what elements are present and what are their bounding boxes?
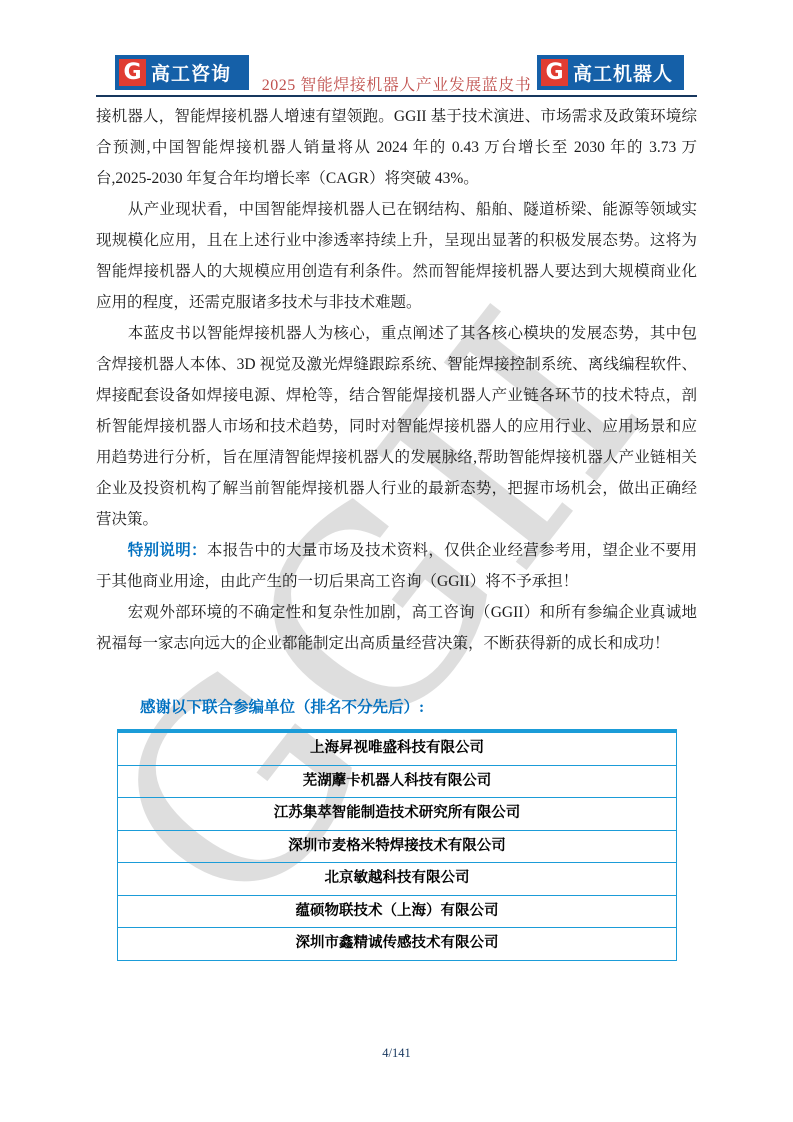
paragraph-wishes: 宏观外部环境的不确定性和复杂性加剧，高工咨询（GGII）和所有参编企业真诚地祝福… — [96, 597, 697, 659]
paragraph-continuation: 接机器人，智能焊接机器人增速有望领跑。GGII 基于技术演进、市场需求及政策环境… — [96, 101, 697, 194]
logo-g-icon: G — [541, 59, 568, 86]
paragraph-bluebook-scope: 本蓝皮书以智能焊接机器人为核心，重点阐述了其各核心模块的发展态势，其中包含焊接机… — [96, 318, 697, 535]
paragraph-special-note: 特别说明：本报告中的大量市场及技术资料，仅供企业经营参考用，望企业不要用于其他商… — [96, 535, 697, 597]
paragraph-industry-status: 从产业现状看，中国智能焊接机器人已在钢结构、船舶、隧道桥梁、能源等领域实现规模化… — [96, 194, 697, 318]
table-row: 深圳市麦格米特焊接技术有限公司 — [118, 831, 676, 864]
header-divider — [96, 95, 697, 97]
table-row: 深圳市鑫精诚传感技术有限公司 — [118, 928, 676, 960]
table-row: 北京敏越科技有限公司 — [118, 863, 676, 896]
table-row: 芜湖藦卡机器人科技有限公司 — [118, 766, 676, 799]
document-page: G 高工咨询 2025 智能焊接机器人产业发展蓝皮书 G 高工机器人 GGII … — [0, 0, 793, 1122]
ggii-robot-logo: G 高工机器人 — [537, 55, 684, 90]
contributors-table: 上海昇视唯盛科技有限公司芜湖藦卡机器人科技有限公司江苏集萃智能制造技术研究所有限… — [117, 729, 677, 961]
table-row: 江苏集萃智能制造技术研究所有限公司 — [118, 798, 676, 831]
table-row: 上海昇视唯盛科技有限公司 — [118, 733, 676, 766]
table-row: 蕴硕物联技术（上海）有限公司 — [118, 896, 676, 929]
special-note-label: 特别说明： — [128, 542, 207, 559]
page-number: 4/141 — [0, 1046, 793, 1061]
contributors-heading: 感谢以下联合参编单位（排名不分先后）: — [96, 696, 697, 720]
logo-right-label: 高工机器人 — [573, 59, 673, 86]
page-body: 接机器人，智能焊接机器人增速有望领跑。GGII 基于技术演进、市场需求及政策环境… — [96, 101, 697, 961]
